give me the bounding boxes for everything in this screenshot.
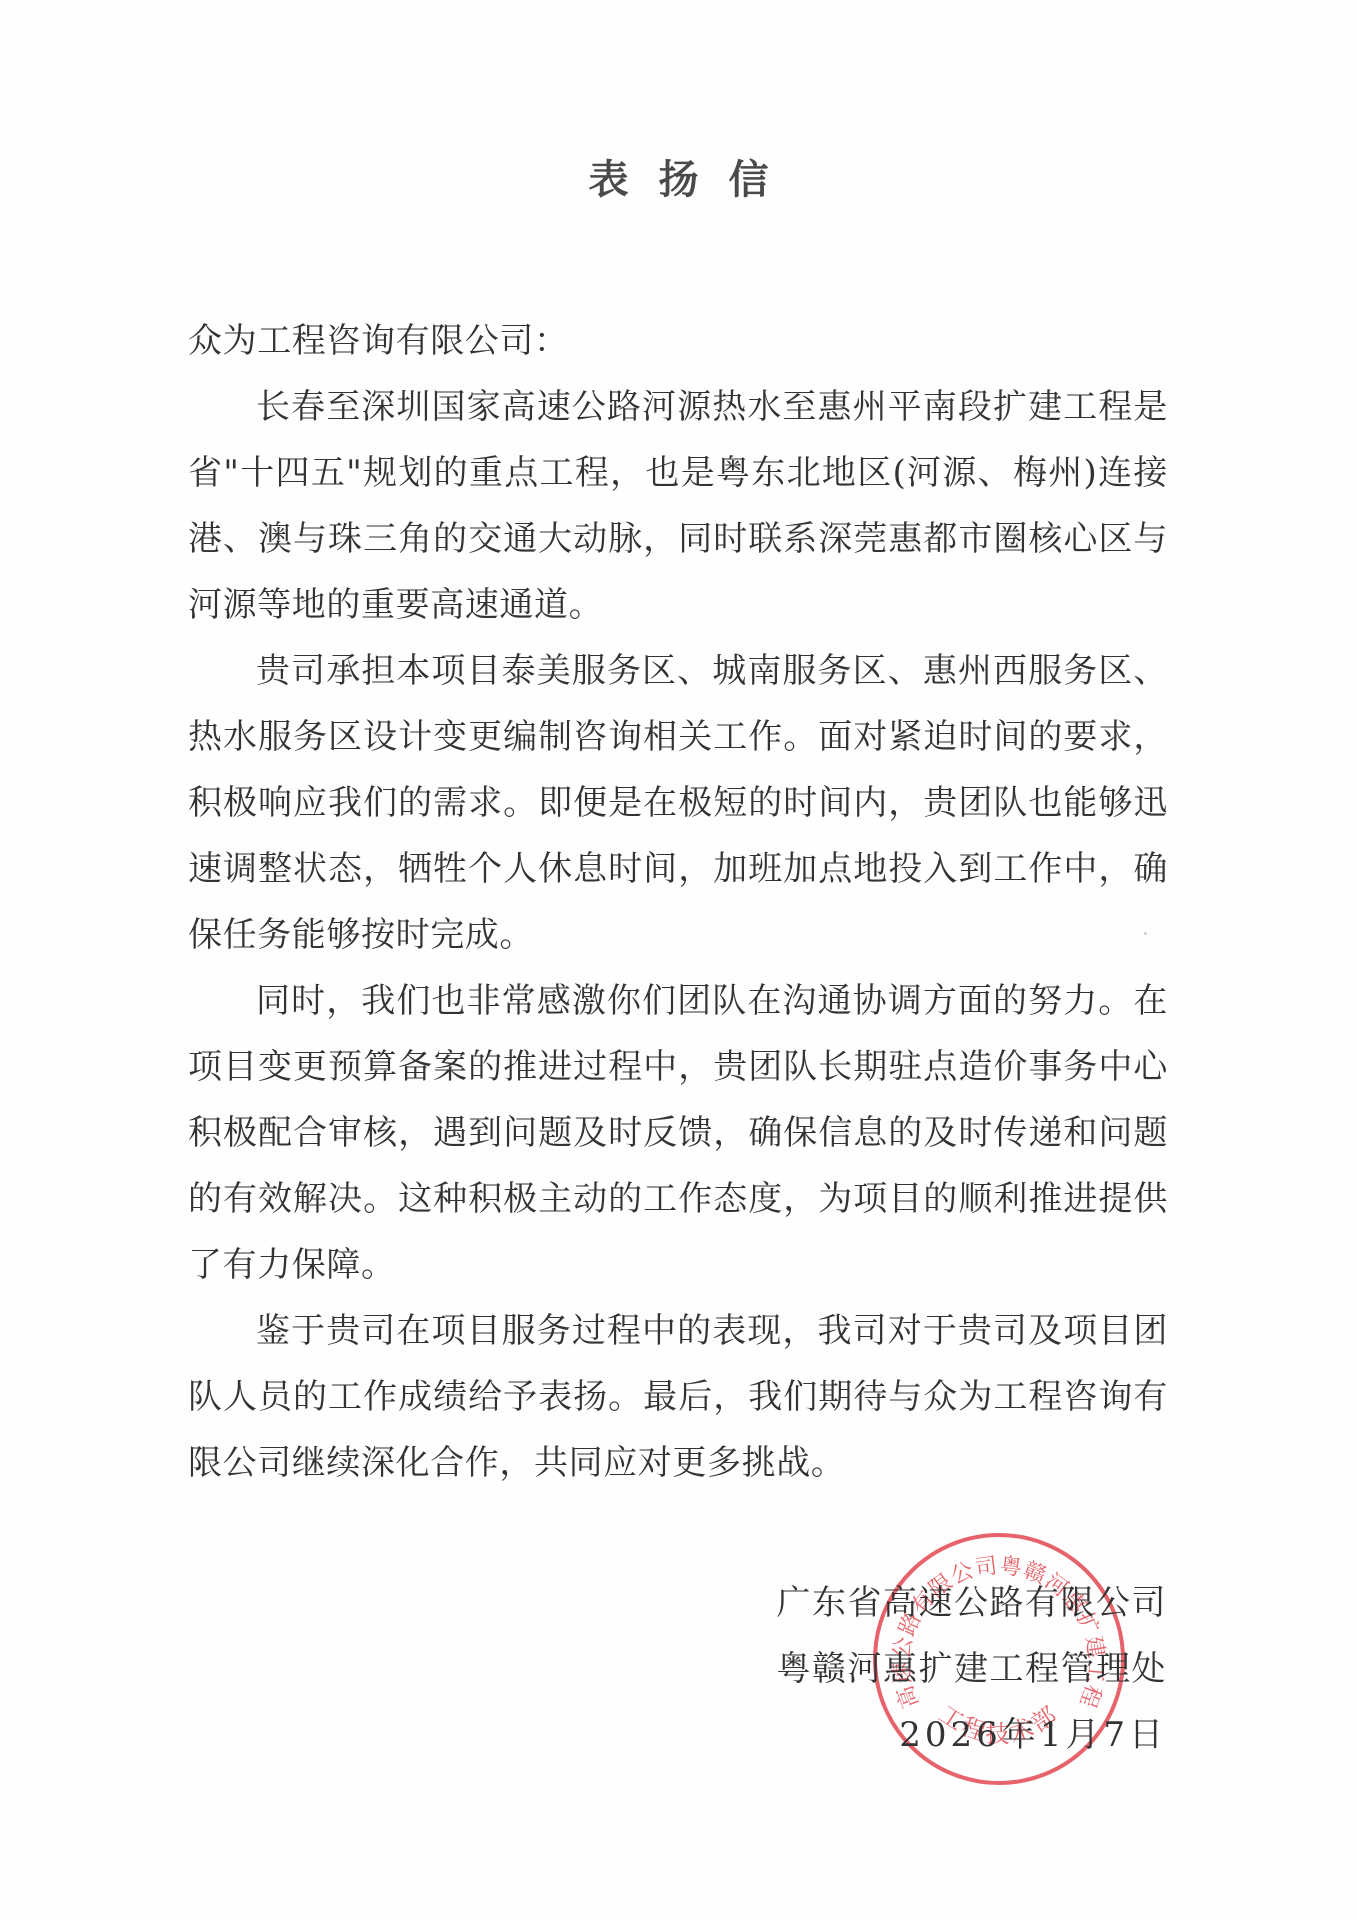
letter-page: 表扬信 众为工程咨询有限公司： 长春至深圳国家高速公路河源热水至惠州平南段扩建工…: [0, 0, 1357, 1920]
salutation: 众为工程咨询有限公司：: [188, 308, 1168, 374]
paragraph-conclusion: 鉴于贵司在项目服务过程中的表现，我司对于贵司及项目团队人员的工作成绩给予表扬。最…: [188, 1298, 1168, 1496]
paragraph-project-intro: 长春至深圳国家高速公路河源热水至惠州平南段扩建工程是省"十四五"规划的重点工程，…: [188, 374, 1168, 638]
signature-date: 2026年1月7日: [777, 1702, 1168, 1768]
signature-department: 粤赣河惠扩建工程管理处: [777, 1636, 1168, 1702]
paragraph-work-scope: 贵司承担本项目泰美服务区、城南服务区、惠州西服务区、热水服务区设计变更编制咨询相…: [188, 638, 1168, 968]
signature-organization: 广东省高速公路有限公司: [777, 1570, 1168, 1636]
paragraph-communication: 同时，我们也非常感激你们团队在沟通协调方面的努力。在项目变更预算备案的推进过程中…: [188, 968, 1168, 1298]
signature-block: 广东省高速公路有限公司 粤赣河惠扩建工程管理处 2026年1月7日: [777, 1570, 1168, 1768]
scan-speck: [1144, 932, 1147, 935]
page-title: 表扬信: [0, 148, 1357, 205]
letter-body: 长春至深圳国家高速公路河源热水至惠州平南段扩建工程是省"十四五"规划的重点工程，…: [188, 374, 1168, 1496]
